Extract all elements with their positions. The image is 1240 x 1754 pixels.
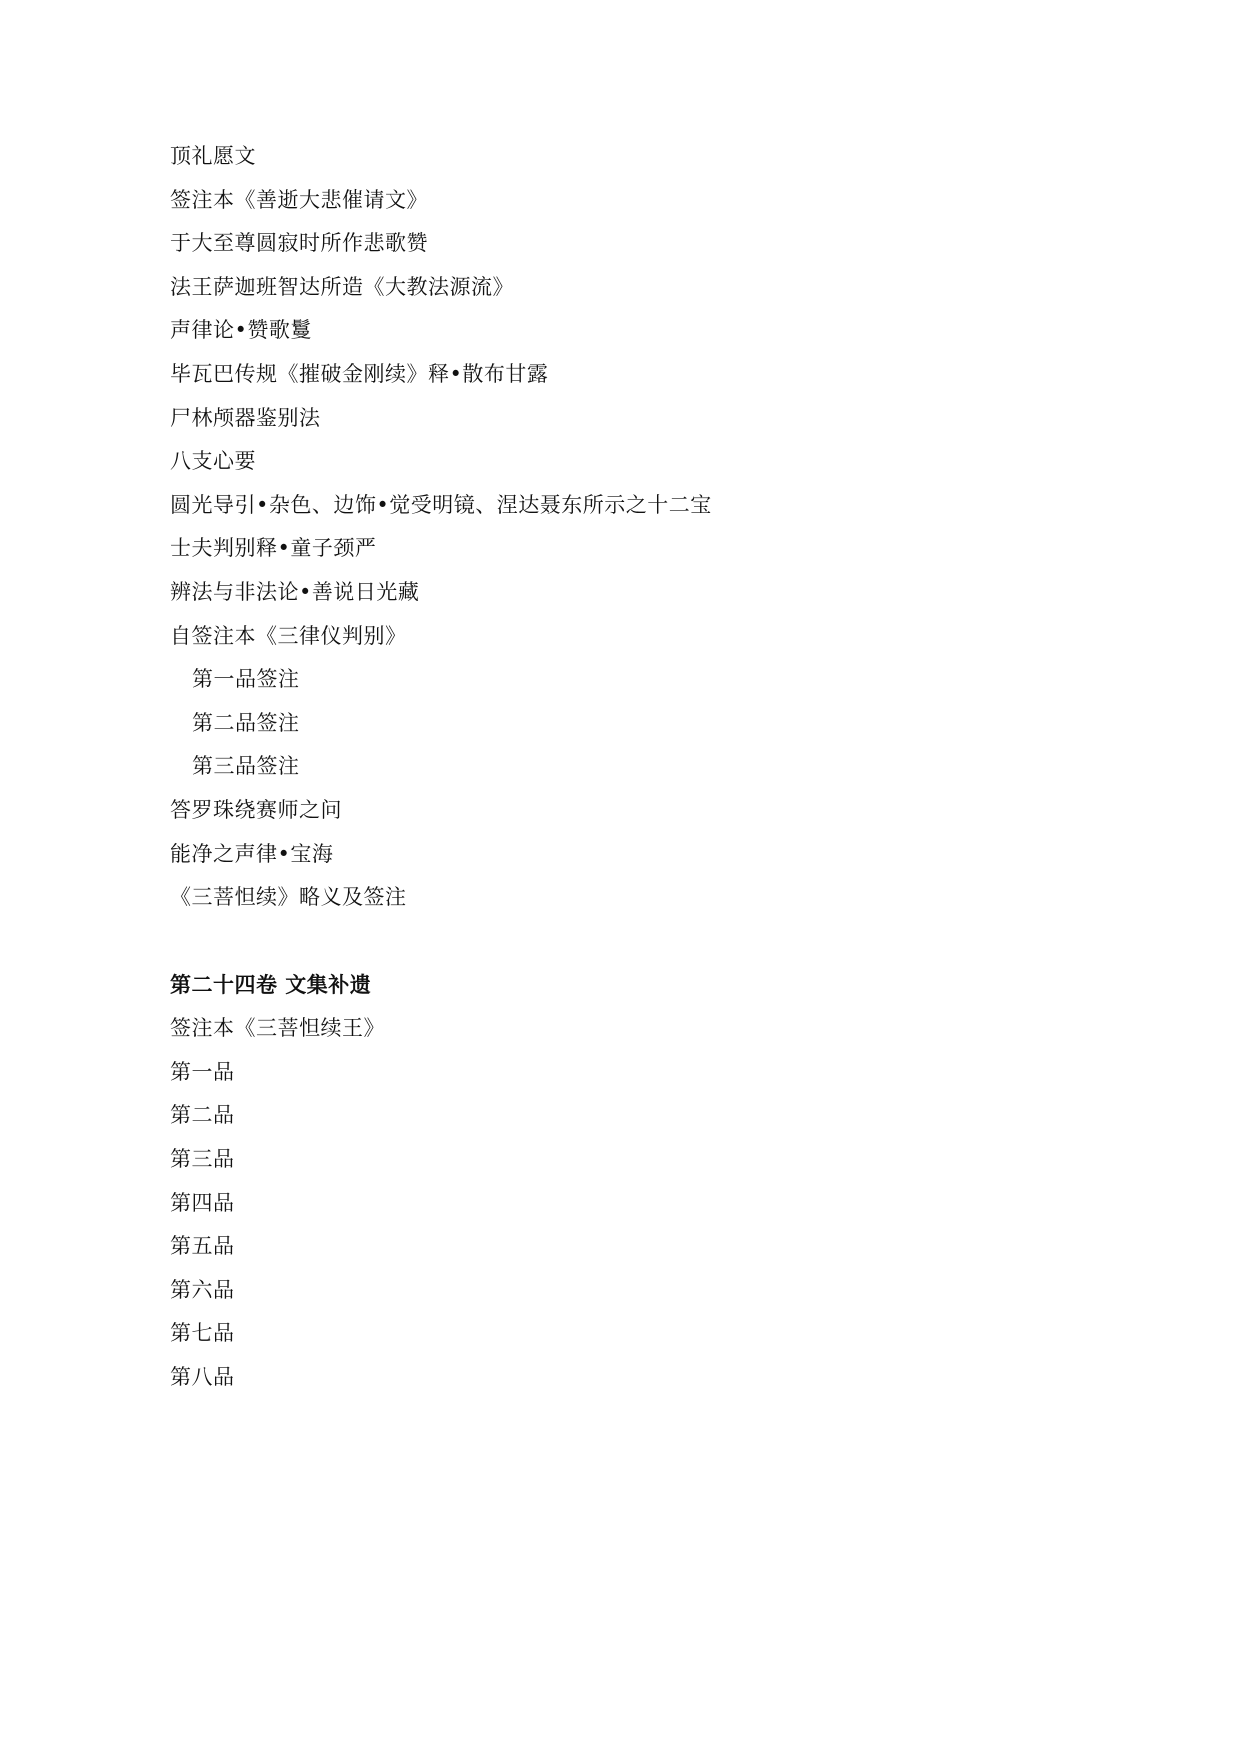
toc-entry: 八支心要: [170, 440, 1070, 484]
toc-entry: 尸林颅器鉴别法: [170, 397, 1070, 441]
toc-entry: 辨法与非法论•善说日光藏: [170, 571, 1070, 615]
section-24: 第二十四卷 文集补遗 签注本《三菩怛续王》 第一品 第二品 第三品 第四品 第五…: [170, 964, 1070, 1400]
toc-entry: 《三菩怛续》略义及签注: [170, 876, 1070, 920]
toc-entry: 第六品: [170, 1269, 1070, 1313]
toc-entry: 签注本《善逝大悲催请文》: [170, 179, 1070, 223]
toc-entry: 第八品: [170, 1356, 1070, 1400]
toc-subentry: 第三品签注: [170, 745, 1070, 789]
section-23-list: 顶礼愿文 签注本《善逝大悲催请文》 于大至尊圆寂时所作悲歌赞 法王萨迦班智达所造…: [170, 135, 1070, 920]
volume-heading: 第二十四卷 文集补遗: [170, 964, 1070, 1008]
toc-entry: 第七品: [170, 1312, 1070, 1356]
toc-entry: 毕瓦巴传规《摧破金刚续》释•散布甘露: [170, 353, 1070, 397]
toc-entry: 能净之声律•宝海: [170, 833, 1070, 877]
table-of-contents: 顶礼愿文 签注本《善逝大悲催请文》 于大至尊圆寂时所作悲歌赞 法王萨迦班智达所造…: [170, 135, 1070, 1400]
toc-entry: 签注本《三菩怛续王》: [170, 1007, 1070, 1051]
toc-entry: 第四品: [170, 1182, 1070, 1226]
toc-entry: 法王萨迦班智达所造《大教法源流》: [170, 266, 1070, 310]
toc-entry: 于大至尊圆寂时所作悲歌赞: [170, 222, 1070, 266]
toc-entry: 第二品: [170, 1094, 1070, 1138]
toc-entry: 第一品: [170, 1051, 1070, 1095]
toc-entry: 第三品: [170, 1138, 1070, 1182]
toc-entry: 圆光导引•杂色、边饰•觉受明镜、涅达聂东所示之十二宝: [170, 484, 1070, 528]
toc-entry: 第五品: [170, 1225, 1070, 1269]
toc-entry: 声律论•赞歌鬘: [170, 309, 1070, 353]
document-page: 顶礼愿文 签注本《善逝大悲催请文》 于大至尊圆寂时所作悲歌赞 法王萨迦班智达所造…: [0, 0, 1240, 1754]
toc-subentry: 第二品签注: [170, 702, 1070, 746]
toc-entry: 答罗珠绕赛师之问: [170, 789, 1070, 833]
toc-entry: 士夫判别释•童子颈严: [170, 527, 1070, 571]
toc-entry: 自签注本《三律仪判别》: [170, 615, 1070, 659]
toc-subentry: 第一品签注: [170, 658, 1070, 702]
section-spacer: [170, 920, 1070, 964]
toc-entry: 顶礼愿文: [170, 135, 1070, 179]
